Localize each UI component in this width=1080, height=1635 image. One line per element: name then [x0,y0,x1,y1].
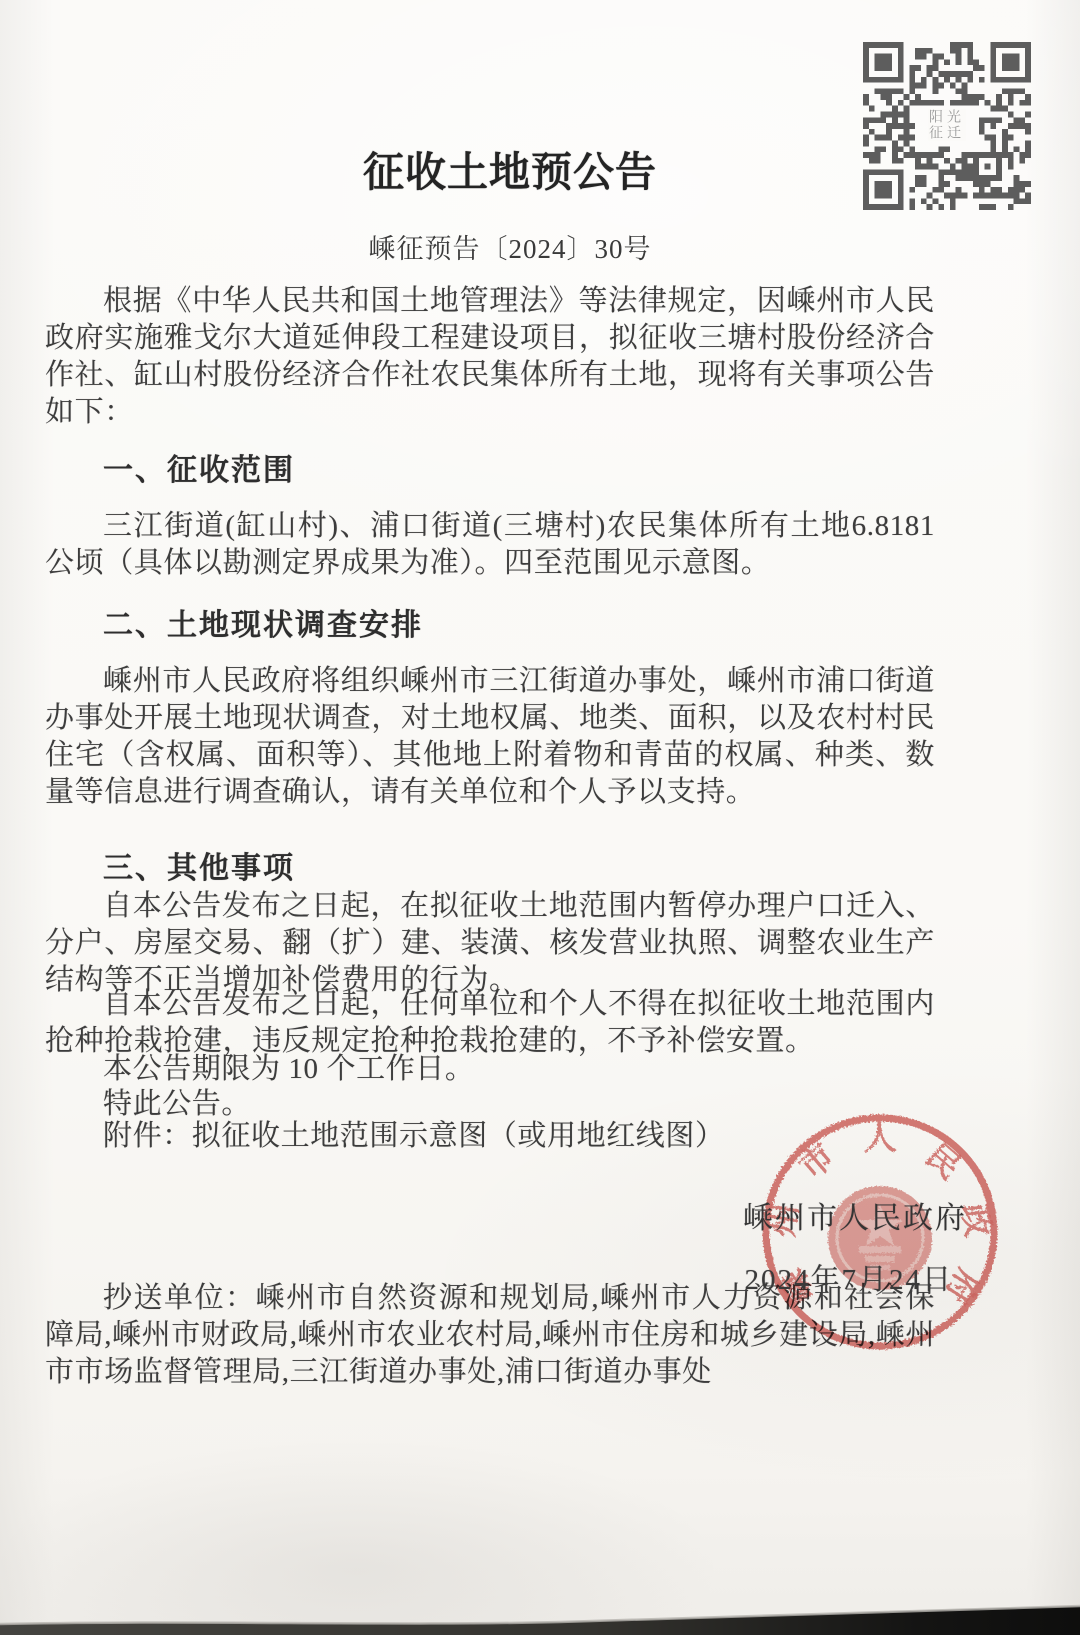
issue-date: 2024年7月24日 [45,1262,953,1299]
section-3-paragraph-2: 自本公告发布之日起，任何单位和个人不得在拟征收土地范围内抢种抢栽抢建，违反规定抢… [45,986,935,1060]
qr-center-label: 阳光征迁 [928,109,966,141]
section-2-heading: 二、土地现状调查安排 [45,607,993,645]
scanned-announcement-page: 阳光征迁 征收土地预公告 嵊征预告〔2024〕30号 根据《中华人民共和国土地管… [0,0,1080,1635]
notice-period-line: 本公告期限为 10 个工作日。 [45,1051,935,1088]
section-3-paragraph-1: 自本公告发布之日起，在拟征收土地范围内暂停办理户口迁入、分户、房屋交易、翻（扩）… [45,888,935,999]
section-1-heading: 一、征收范围 [45,452,993,490]
intro-paragraph: 根据《中华人民共和国土地管理法》等法律规定，因嵊州市人民政府实施雅戈尔大道延伸段… [45,283,935,431]
section-3-heading: 三、其他事项 [45,850,993,888]
attachment-line: 附件：拟征收土地范围示意图（或用地红线图） [45,1118,935,1155]
issuer-signature: 嵊州市人民政府 [45,1200,967,1238]
section-1-paragraph: 三江街道(缸山村)、浦口街道(三塘村)农民集体所有土地6.8181公顷（具体以勘… [45,508,935,582]
document-number: 嵊征预告〔2024〕30号 [0,233,1020,265]
qr-code: 阳光征迁 [863,42,1031,210]
paper-bottom-edge [0,1603,1080,1635]
section-2-paragraph: 嵊州市人民政府将组织嵊州市三江街道办事处，嵊州市浦口街道办事处开展土地现状调查，… [45,663,935,811]
